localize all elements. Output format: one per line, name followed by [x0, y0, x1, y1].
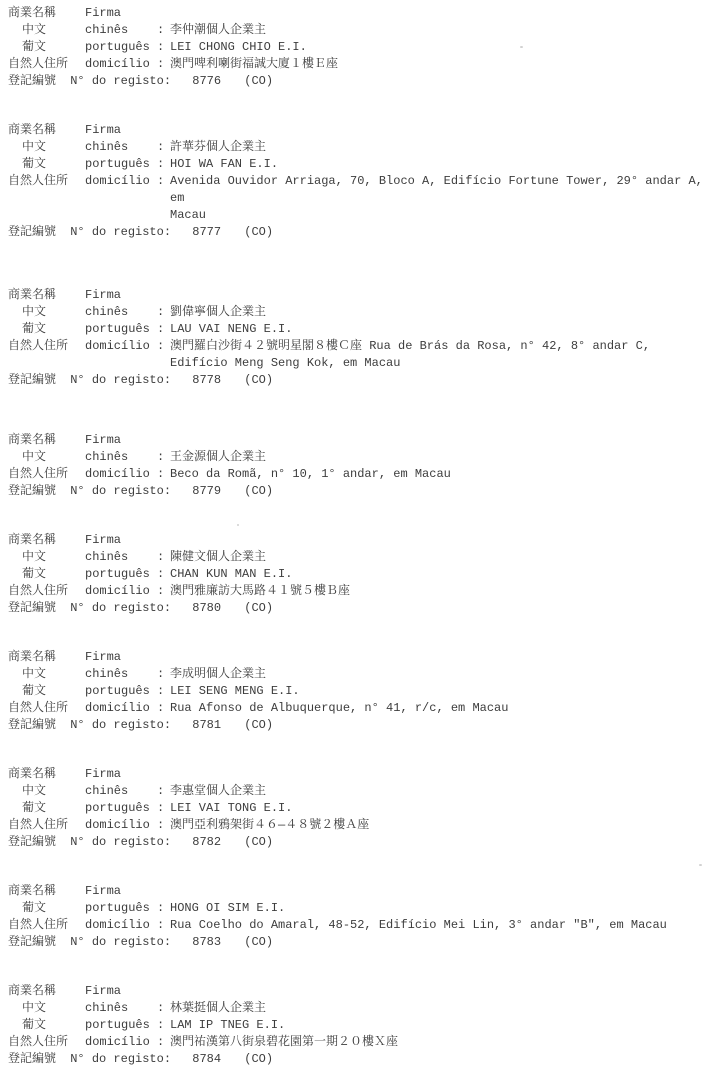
portuguese-label-pt: português — [85, 900, 157, 917]
gazette-scan-page: 商業名稱 Firma 中文 chinês : 李仲潮個人企業主 葡文 portu… — [0, 0, 708, 1066]
colon-separator: : — [157, 800, 170, 817]
domicile-row: 自然人住所 domicílio : 澳門羅白沙街４２號明星閣８樓Ｃ座 Rua d… — [8, 338, 704, 372]
domicile-label-zh: 自然人住所 — [8, 817, 85, 834]
domicile-value: Avenida Ouvidor Arriaga, 70, Bloco A, Ed… — [170, 173, 704, 224]
firma-label-zh: 商業名稱 — [8, 983, 85, 1000]
firma-label-pt: Firma — [85, 766, 157, 783]
portuguese-label-pt: português — [85, 566, 157, 583]
chinese-label-pt: chinês — [85, 666, 157, 683]
registo-suffix: (CO) — [244, 484, 273, 498]
portuguese-label-zh: 葡文 — [8, 39, 85, 56]
colon-separator: : — [157, 139, 170, 156]
firma-label-zh: 商業名稱 — [8, 766, 85, 783]
registry-record: 商業名稱 Firma 中文 chinês : 劉偉寧個人企業主 葡文 portu… — [8, 287, 704, 389]
chinese-name-value: 劉偉寧個人企業主 — [170, 304, 704, 321]
portuguese-label-pt: português — [85, 800, 157, 817]
domicile-value: 澳門羅白沙街４２號明星閣８樓Ｃ座 Rua de Brás da Rosa, n°… — [170, 338, 704, 372]
chinese-name-row: 中文 chinês : 李仲潮個人企業主 — [8, 22, 704, 39]
registo-label-pt: N° do registo: — [70, 935, 171, 949]
chinese-name-row: 中文 chinês : 王金源個人企業主 — [8, 449, 704, 466]
chinese-label-zh: 中文 — [8, 549, 85, 566]
registo-label-zh: 登記編號 — [8, 74, 56, 88]
chinese-name-value: 李仲潮個人企業主 — [170, 22, 704, 39]
colon-separator: : — [157, 917, 170, 934]
chinese-label-pt: chinês — [85, 449, 157, 466]
portuguese-name-row: 葡文 português : LEI CHONG CHIO E.I. — [8, 39, 704, 56]
registo-label-zh: 登記編號 — [8, 835, 56, 849]
domicile-label-zh: 自然人住所 — [8, 700, 85, 717]
registo-number-value: 8778 — [192, 373, 221, 387]
colon-separator: : — [157, 466, 170, 483]
colon-separator: : — [157, 583, 170, 600]
chinese-label-zh: 中文 — [8, 304, 85, 321]
registo-label-zh: 登記編號 — [8, 225, 56, 239]
portuguese-name-row: 葡文 português : LEI SENG MENG E.I. — [8, 683, 704, 700]
domicile-label-pt: domicílio — [85, 466, 157, 483]
chinese-label-zh: 中文 — [8, 783, 85, 800]
firma-header-row: 商業名稱 Firma — [8, 983, 704, 1000]
scan-speckle — [699, 864, 702, 866]
registo-suffix: (CO) — [244, 835, 273, 849]
registo-suffix: (CO) — [244, 1052, 273, 1066]
registo-number-value: 8776 — [192, 74, 221, 88]
firma-header-row: 商業名稱 Firma — [8, 432, 704, 449]
firma-header-row: 商業名稱 Firma — [8, 122, 704, 139]
portuguese-label-pt: português — [85, 1017, 157, 1034]
domicile-value: 澳門祐漢第八街泉碧花園第一期２０樓Ｘ座 — [170, 1034, 704, 1051]
chinese-label-pt: chinês — [85, 1000, 157, 1017]
portuguese-label-zh: 葡文 — [8, 1017, 85, 1034]
portuguese-name-value: LEI VAI TONG E.I. — [170, 800, 704, 817]
registo-label-zh: 登記編號 — [8, 1052, 56, 1066]
domicile-row: 自然人住所 domicílio : 澳門亞利鴉架街４６—４８號２樓Ａ座 — [8, 817, 704, 834]
registo-label-zh: 登記編號 — [8, 601, 56, 615]
registo-number-value: 8782 — [192, 835, 221, 849]
chinese-name-row: 中文 chinês : 李成明個人企業主 — [8, 666, 704, 683]
domicile-label-pt: domicílio — [85, 338, 157, 355]
portuguese-label-zh: 葡文 — [8, 566, 85, 583]
registration-number-row: 登記編號 N° do registo: 8783 (CO) — [8, 934, 704, 951]
registry-record: 商業名稱 Firma 中文 chinês : 李惠堂個人企業主 葡文 portu… — [8, 766, 704, 851]
colon-separator: : — [157, 700, 170, 717]
chinese-name-row: 中文 chinês : 劉偉寧個人企業主 — [8, 304, 704, 321]
firma-label-zh: 商業名稱 — [8, 5, 85, 22]
registo-label-pt: N° do registo: — [70, 74, 171, 88]
domicile-label-zh: 自然人住所 — [8, 173, 85, 190]
firma-label-zh: 商業名稱 — [8, 532, 85, 549]
portuguese-name-value: LEI SENG MENG E.I. — [170, 683, 704, 700]
registo-label-pt: N° do registo: — [70, 373, 171, 387]
chinese-label-pt: chinês — [85, 549, 157, 566]
registry-records: 商業名稱 Firma 中文 chinês : 李仲潮個人企業主 葡文 portu… — [8, 5, 704, 1066]
colon-separator: : — [157, 666, 170, 683]
portuguese-name-row: 葡文 português : LAU VAI NENG E.I. — [8, 321, 704, 338]
firma-label-pt: Firma — [85, 532, 157, 549]
firma-label-pt: Firma — [85, 122, 157, 139]
registry-record: 商業名稱 Firma 中文 chinês : 陳健文個人企業主 葡文 portu… — [8, 532, 704, 617]
registry-record: 商業名稱 Firma 中文 chinês : 李成明個人企業主 葡文 portu… — [8, 649, 704, 734]
domicile-row: 自然人住所 domicílio : 澳門啤利喇街福誠大廈１樓Ｅ座 — [8, 56, 704, 73]
firma-header-row: 商業名稱 Firma — [8, 649, 704, 666]
domicile-label-zh: 自然人住所 — [8, 583, 85, 600]
registo-number-value: 8783 — [192, 935, 221, 949]
domicile-line: Macau — [170, 207, 704, 224]
firma-label-zh: 商業名稱 — [8, 649, 85, 666]
portuguese-name-value: LEI CHONG CHIO E.I. — [170, 39, 704, 56]
chinese-name-value: 李成明個人企業主 — [170, 666, 704, 683]
colon-separator: : — [157, 549, 170, 566]
registo-label-pt: N° do registo: — [70, 718, 171, 732]
domicile-label-pt: domicílio — [85, 583, 157, 600]
registration-number-row: 登記編號 N° do registo: 8776 (CO) — [8, 73, 704, 90]
registration-number-row: 登記編號 N° do registo: 8777 (CO) — [8, 224, 704, 241]
colon-separator: : — [157, 173, 170, 190]
domicile-label-zh: 自然人住所 — [8, 466, 85, 483]
firma-label-zh: 商業名稱 — [8, 883, 85, 900]
chinese-name-row: 中文 chinês : 許華芬個人企業主 — [8, 139, 704, 156]
registry-record: 商業名稱 Firma 中文 chinês : 李仲潮個人企業主 葡文 portu… — [8, 5, 704, 90]
registo-label-zh: 登記編號 — [8, 484, 56, 498]
domicile-line: 澳門亞利鴉架街４６—４８號２樓Ａ座 — [170, 817, 704, 834]
registo-number-value: 8779 — [192, 484, 221, 498]
registo-suffix: (CO) — [244, 373, 273, 387]
registry-record: 商業名稱 Firma 中文 chinês : 許華芬個人企業主 葡文 portu… — [8, 122, 704, 241]
chinese-name-row: 中文 chinês : 陳健文個人企業主 — [8, 549, 704, 566]
colon-separator: : — [157, 321, 170, 338]
portuguese-name-value: LAU VAI NENG E.I. — [170, 321, 704, 338]
domicile-label-pt: domicílio — [85, 817, 157, 834]
domicile-line: 澳門啤利喇街福誠大廈１樓Ｅ座 — [170, 56, 704, 73]
colon-separator: : — [157, 900, 170, 917]
colon-separator: : — [157, 39, 170, 56]
registo-label-pt: N° do registo: — [70, 601, 171, 615]
chinese-name-value: 林葉挺個人企業主 — [170, 1000, 704, 1017]
firma-label-pt: Firma — [85, 883, 157, 900]
firma-label-pt: Firma — [85, 432, 157, 449]
domicile-line: Rua Coelho do Amaral, 48-52, Edifício Me… — [170, 917, 704, 934]
domicile-label-pt: domicílio — [85, 917, 157, 934]
portuguese-label-zh: 葡文 — [8, 800, 85, 817]
registration-number-row: 登記編號 N° do registo: 8784 (CO) — [8, 1051, 704, 1066]
domicile-row: 自然人住所 domicílio : 澳門祐漢第八街泉碧花園第一期２０樓Ｘ座 — [8, 1034, 704, 1051]
registo-label-pt: N° do registo: — [70, 1052, 171, 1066]
chinese-label-zh: 中文 — [8, 1000, 85, 1017]
firma-header-row: 商業名稱 Firma — [8, 287, 704, 304]
portuguese-name-row: 葡文 português : LEI VAI TONG E.I. — [8, 800, 704, 817]
chinese-name-row: 中文 chinês : 林葉挺個人企業主 — [8, 1000, 704, 1017]
registo-suffix: (CO) — [244, 601, 273, 615]
registration-number-row: 登記編號 N° do registo: 8782 (CO) — [8, 834, 704, 851]
domicile-row: 自然人住所 domicílio : Avenida Ouvidor Arriag… — [8, 173, 704, 224]
domicile-label-pt: domicílio — [85, 700, 157, 717]
firma-label-pt: Firma — [85, 983, 157, 1000]
firma-header-row: 商業名稱 Firma — [8, 532, 704, 549]
domicile-label-pt: domicílio — [85, 56, 157, 73]
firma-label-pt: Firma — [85, 5, 157, 22]
scan-speckle — [237, 524, 239, 526]
registry-record: 商業名稱 Firma 中文 chinês : 林葉挺個人企業主 葡文 portu… — [8, 983, 704, 1066]
domicile-row: 自然人住所 domicílio : Rua Afonso de Albuquer… — [8, 700, 704, 717]
registo-label-zh: 登記編號 — [8, 718, 56, 732]
portuguese-label-zh: 葡文 — [8, 900, 85, 917]
colon-separator: : — [157, 1017, 170, 1034]
chinese-label-zh: 中文 — [8, 449, 85, 466]
domicile-label-zh: 自然人住所 — [8, 917, 85, 934]
domicile-label-pt: domicílio — [85, 173, 157, 190]
registo-label-zh: 登記編號 — [8, 373, 56, 387]
portuguese-name-row: 葡文 português : HONG OI SIM E.I. — [8, 900, 704, 917]
colon-separator: : — [157, 817, 170, 834]
registo-label-pt: N° do registo: — [70, 484, 171, 498]
chinese-name-value: 王金源個人企業主 — [170, 449, 704, 466]
firma-label-zh: 商業名稱 — [8, 432, 85, 449]
registo-label-zh: 登記編號 — [8, 935, 56, 949]
chinese-name-value: 陳健文個人企業主 — [170, 549, 704, 566]
portuguese-label-pt: português — [85, 39, 157, 56]
domicile-value: 澳門啤利喇街福誠大廈１樓Ｅ座 — [170, 56, 704, 73]
registo-suffix: (CO) — [244, 935, 273, 949]
portuguese-name-row: 葡文 português : HOI WA FAN E.I. — [8, 156, 704, 173]
colon-separator: : — [157, 304, 170, 321]
firma-header-row: 商業名稱 Firma — [8, 5, 704, 22]
registration-number-row: 登記編號 N° do registo: 8779 (CO) — [8, 483, 704, 500]
portuguese-label-pt: português — [85, 683, 157, 700]
colon-separator: : — [157, 566, 170, 583]
registo-number-value: 8781 — [192, 718, 221, 732]
registo-suffix: (CO) — [244, 225, 273, 239]
registo-label-pt: N° do registo: — [70, 225, 171, 239]
colon-separator: : — [157, 449, 170, 466]
registo-number-value: 8784 — [192, 1052, 221, 1066]
portuguese-label-zh: 葡文 — [8, 321, 85, 338]
domicile-line: Rua Afonso de Albuquerque, n° 41, r/c, e… — [170, 700, 704, 717]
colon-separator: : — [157, 338, 170, 355]
domicile-line: Edifício Meng Seng Kok, em Macau — [170, 355, 704, 372]
domicile-line: 澳門祐漢第八街泉碧花園第一期２０樓Ｘ座 — [170, 1034, 704, 1051]
firma-label-zh: 商業名稱 — [8, 122, 85, 139]
domicile-line: Beco da Romã, n° 10, 1° andar, em Macau — [170, 466, 704, 483]
portuguese-label-zh: 葡文 — [8, 156, 85, 173]
registration-number-row: 登記編號 N° do registo: 8780 (CO) — [8, 600, 704, 617]
domicile-label-zh: 自然人住所 — [8, 1034, 85, 1051]
domicile-value: Rua Coelho do Amaral, 48-52, Edifício Me… — [170, 917, 704, 934]
domicile-line: 澳門羅白沙街４２號明星閣８樓Ｃ座 Rua de Brás da Rosa, n°… — [170, 338, 704, 355]
chinese-name-value: 李惠堂個人企業主 — [170, 783, 704, 800]
portuguese-name-value: HOI WA FAN E.I. — [170, 156, 704, 173]
chinese-label-pt: chinês — [85, 304, 157, 321]
chinese-name-value: 許華芬個人企業主 — [170, 139, 704, 156]
chinese-label-zh: 中文 — [8, 666, 85, 683]
portuguese-label-pt: português — [85, 321, 157, 338]
domicile-value: Beco da Romã, n° 10, 1° andar, em Macau — [170, 466, 704, 483]
registry-record: 商業名稱 Firma 中文 chinês : 王金源個人企業主 自然人住所 do… — [8, 432, 704, 500]
domicile-row: 自然人住所 domicílio : Beco da Romã, n° 10, 1… — [8, 466, 704, 483]
chinese-name-row: 中文 chinês : 李惠堂個人企業主 — [8, 783, 704, 800]
registo-suffix: (CO) — [244, 74, 273, 88]
registration-number-row: 登記編號 N° do registo: 8778 (CO) — [8, 372, 704, 389]
firma-header-row: 商業名稱 Firma — [8, 883, 704, 900]
portuguese-name-row: 葡文 português : CHAN KUN MAN E.I. — [8, 566, 704, 583]
firma-label-pt: Firma — [85, 649, 157, 666]
firma-label-pt: Firma — [85, 287, 157, 304]
domicile-line: Avenida Ouvidor Arriaga, 70, Bloco A, Ed… — [170, 173, 704, 207]
domicile-value: 澳門亞利鴉架街４６—４８號２樓Ａ座 — [170, 817, 704, 834]
portuguese-label-zh: 葡文 — [8, 683, 85, 700]
colon-separator: : — [157, 683, 170, 700]
colon-separator: : — [157, 1000, 170, 1017]
domicile-label-zh: 自然人住所 — [8, 338, 85, 355]
domicile-row: 自然人住所 domicílio : 澳門雅廉訪大馬路４１號５樓Ｂ座 — [8, 583, 704, 600]
registry-record: 商業名稱 Firma 葡文 português : HONG OI SIM E.… — [8, 883, 704, 951]
portuguese-name-value: CHAN KUN MAN E.I. — [170, 566, 704, 583]
registration-number-row: 登記編號 N° do registo: 8781 (CO) — [8, 717, 704, 734]
scan-speckle — [520, 46, 523, 48]
firma-label-zh: 商業名稱 — [8, 287, 85, 304]
chinese-label-pt: chinês — [85, 139, 157, 156]
domicile-label-zh: 自然人住所 — [8, 56, 85, 73]
portuguese-name-row: 葡文 português : LAM IP TNEG E.I. — [8, 1017, 704, 1034]
portuguese-name-value: LAM IP TNEG E.I. — [170, 1017, 704, 1034]
chinese-label-pt: chinês — [85, 22, 157, 39]
chinese-label-zh: 中文 — [8, 22, 85, 39]
registo-suffix: (CO) — [244, 718, 273, 732]
colon-separator: : — [157, 156, 170, 173]
colon-separator: : — [157, 22, 170, 39]
registo-number-value: 8780 — [192, 601, 221, 615]
portuguese-name-value: HONG OI SIM E.I. — [170, 900, 704, 917]
domicile-label-pt: domicílio — [85, 1034, 157, 1051]
domicile-value: Rua Afonso de Albuquerque, n° 41, r/c, e… — [170, 700, 704, 717]
colon-separator: : — [157, 56, 170, 73]
chinese-label-zh: 中文 — [8, 139, 85, 156]
registo-number-value: 8777 — [192, 225, 221, 239]
domicile-line: 澳門雅廉訪大馬路４１號５樓Ｂ座 — [170, 583, 704, 600]
registo-label-pt: N° do registo: — [70, 835, 171, 849]
firma-header-row: 商業名稱 Firma — [8, 766, 704, 783]
colon-separator: : — [157, 1034, 170, 1051]
portuguese-label-pt: português — [85, 156, 157, 173]
domicile-value: 澳門雅廉訪大馬路４１號５樓Ｂ座 — [170, 583, 704, 600]
domicile-row: 自然人住所 domicílio : Rua Coelho do Amaral, … — [8, 917, 704, 934]
colon-separator: : — [157, 783, 170, 800]
chinese-label-pt: chinês — [85, 783, 157, 800]
